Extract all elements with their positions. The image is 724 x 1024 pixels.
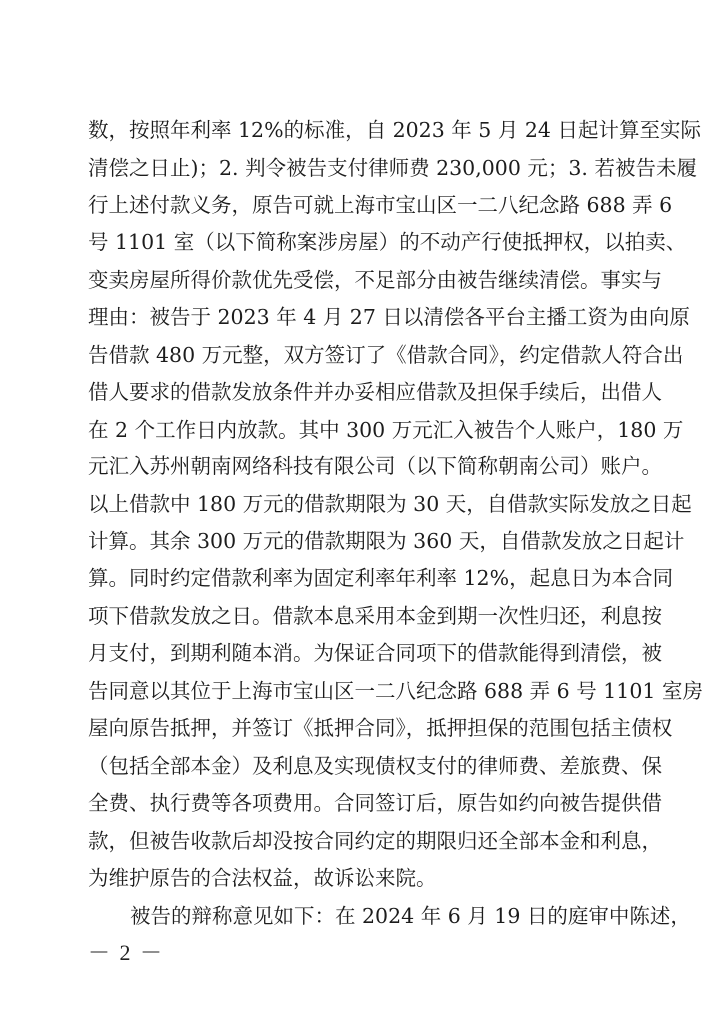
- text-line: 计算。其余 300 万元的借款期限为 360 天，自借款发放之日起计: [88, 527, 640, 555]
- text-line: 算。同时约定借款利率为固定利率年利率 12%，起息日为本合同: [88, 564, 640, 592]
- text-line: 款，但被告收款后却没按合同约定的期限归还全部本金和利息，: [88, 827, 640, 855]
- text-line: 借人要求的借款发放条件并办妥相应借款及担保手续后，出借人: [88, 378, 640, 406]
- text-line: 告借款 480 万元整，双方签订了《借款合同》，约定借款人符合出: [88, 341, 640, 369]
- document-page: 数，按照年利率 12%的标准，自 2023 年 5 月 24 日起计算至实际 清…: [0, 0, 724, 1024]
- text-line: 变卖房屋所得价款优先受偿，不足部分由被告继续清偿。事实与: [88, 266, 640, 294]
- text-line: 理由：被告于 2023 年 4 月 27 日以清偿各平台主播工资为由向原: [88, 303, 640, 331]
- text-line: 号 1101 室（以下简称案涉房屋）的不动产行使抵押权，以拍卖、: [88, 228, 640, 256]
- text-line: 全费、执行费等各项费用。合同签订后，原告如约向被告提供借: [88, 789, 640, 817]
- text-line: 为维护原告的合法权益，故诉讼来院。: [88, 864, 640, 892]
- text-line: 数，按照年利率 12%的标准，自 2023 年 5 月 24 日起计算至实际: [88, 116, 640, 144]
- text-line: 屋向原告抵押，并签订《抵押合同》，抵押担保的范围包括主债权: [88, 714, 640, 742]
- text-line: 项下借款发放之日。借款本息采用本金到期一次性归还，利息按: [88, 602, 640, 630]
- text-line: 元汇入苏州朝南网络科技有限公司（以下简称朝南公司）账户。: [88, 452, 640, 480]
- text-line: 清偿之日止)；2. 判令被告支付律师费 230,000 元；3. 若被告未履: [88, 154, 640, 182]
- page-number: － 2 －: [88, 936, 164, 967]
- text-line: 以上借款中 180 万元的借款期限为 30 天，自借款实际发放之日起: [88, 490, 640, 518]
- text-line: 在 2 个工作日内放款。其中 300 万元汇入被告个人账户，180 万: [88, 416, 640, 444]
- text-line: 告同意以其位于上海市宝山区一二八纪念路 688 弄 6 号 1101 室房: [88, 677, 640, 705]
- paragraph-start-line: 被告的辩称意见如下：在 2024 年 6 月 19 日的庭审中陈述，: [130, 902, 640, 930]
- text-line: （包括全部本金）及利息及实现债权支付的律师费、差旅费、保: [88, 752, 640, 780]
- text-line: 月支付，到期利随本消。为保证合同项下的借款能得到清偿，被: [88, 639, 640, 667]
- text-line: 行上述付款义务，原告可就上海市宝山区一二八纪念路 688 弄 6: [88, 191, 640, 219]
